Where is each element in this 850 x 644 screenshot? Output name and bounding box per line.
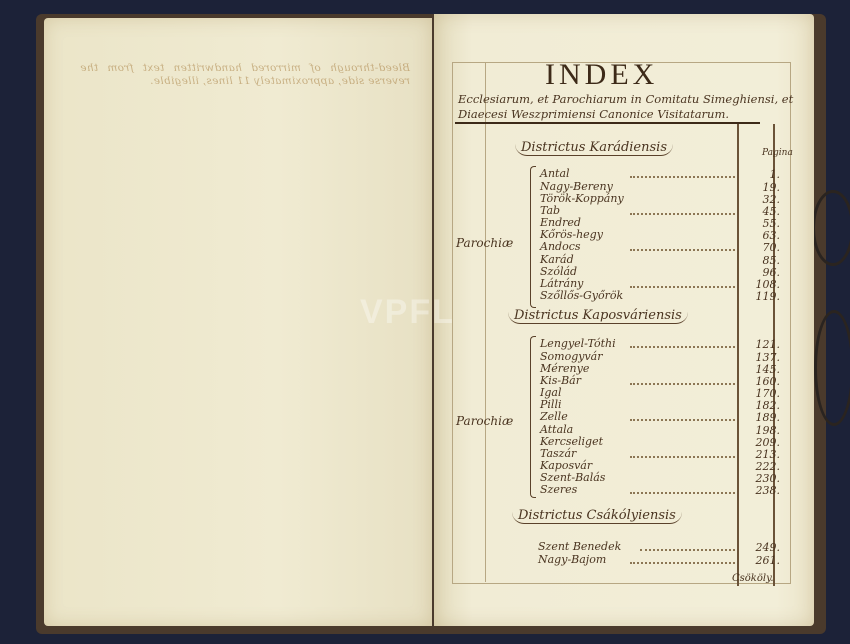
binding-strap — [812, 190, 850, 266]
district-heading: Districtus Kaposváriensis — [508, 308, 688, 324]
leader-dots — [630, 175, 735, 178]
leader-dots — [630, 455, 735, 458]
parochia-label: Parochiæ — [456, 236, 513, 250]
leader-dots — [630, 491, 735, 494]
parish-name: Szent Benedek — [538, 541, 621, 553]
parish-name: Zelle — [540, 411, 568, 423]
parish-name: Szeres — [540, 484, 577, 496]
parish-name: Antal — [540, 168, 570, 180]
leader-dots — [630, 382, 735, 385]
pagina-header: Pagina — [762, 148, 793, 158]
parochia-label: Parochiæ — [456, 414, 513, 428]
page-number: 189. — [748, 411, 780, 424]
watermark: VPFL — [360, 293, 455, 332]
page-number: 121. — [748, 338, 780, 351]
bleed-through-text: Bleed-through of mirrored handwritten te… — [80, 62, 410, 88]
page-number: 119. — [748, 290, 780, 303]
title-rule — [455, 122, 760, 124]
district-heading: Districtus Csákólyiensis — [512, 508, 682, 524]
catchword: Csököly. — [732, 573, 774, 584]
leader-dots — [630, 285, 735, 288]
binding-strap — [814, 310, 850, 426]
leader-dots — [640, 548, 735, 551]
brace — [530, 166, 536, 308]
leader-dots — [630, 345, 735, 348]
brace — [530, 336, 536, 498]
page-number: 261. — [748, 554, 780, 567]
page-number: 70. — [748, 241, 780, 254]
page-number: 238. — [748, 484, 780, 497]
parish-name: Nagy-Bajom — [538, 554, 606, 566]
leader-dots — [630, 418, 735, 421]
page-column-left-rule — [737, 124, 739, 586]
parish-name: Szőllős-Győrök — [540, 290, 623, 302]
page-number: 249. — [748, 541, 780, 554]
parish-name: Andocs — [540, 241, 581, 253]
margin-rule — [452, 62, 486, 582]
leader-dots — [630, 248, 735, 251]
parish-name: Lengyel-Tóthi — [540, 338, 616, 350]
leader-dots — [630, 561, 735, 564]
district-heading: Districtus Karádiensis — [515, 140, 673, 156]
page-number: 1. — [748, 168, 780, 181]
index-title: INDEX — [545, 58, 658, 92]
leader-dots — [630, 212, 735, 215]
index-subtitle: Ecclesiarum, et Parochiarum in Comitatu … — [458, 92, 798, 122]
